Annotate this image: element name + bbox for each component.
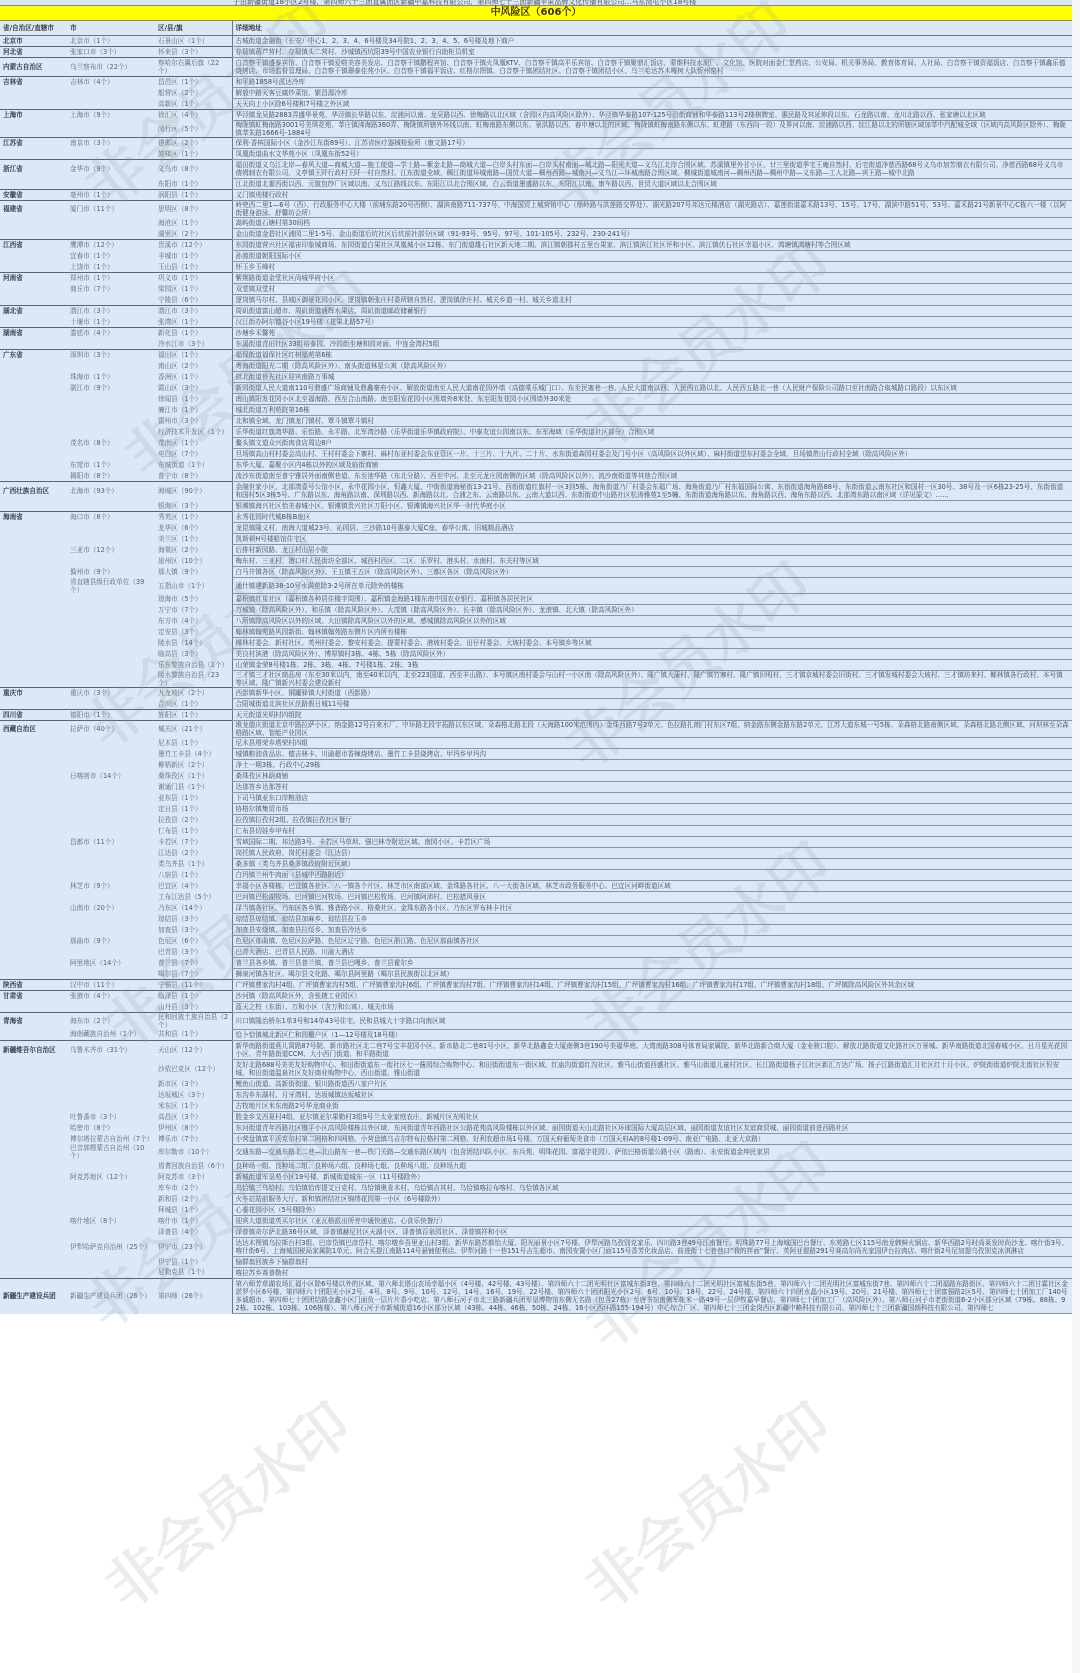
district-cell: 船营区（2个） xyxy=(155,88,232,99)
city-cell xyxy=(67,556,155,567)
district-cell: 银海区（3个） xyxy=(155,501,232,512)
city-cell xyxy=(67,1193,155,1204)
district-cell: 乃东区（14个） xyxy=(155,903,232,914)
district-cell: 五指山市（1个） xyxy=(155,578,232,594)
city-cell: 三亚市（12个） xyxy=(67,545,155,556)
province-cell: 内蒙古自治区 xyxy=(0,58,67,77)
district-cell: 伊宁市（23个） xyxy=(155,1237,232,1256)
province-cell xyxy=(0,1193,67,1204)
province-cell xyxy=(0,1122,67,1133)
city-cell: 海东市（2个） xyxy=(67,1013,155,1030)
table-row: 拜城县（1个）心泰花园小区（5号楼除外） xyxy=(0,1204,1072,1215)
city-cell: 潜江市（3个） xyxy=(67,306,155,317)
province-cell: 湖北省 xyxy=(0,306,67,317)
address-cell: 东溪街道青田社区33组裕泰园、冷园街坐塘和园对面、中连金湾村5组 xyxy=(232,339,1072,350)
address-cell: 解放中路天客豆腐炒菜馆、繁昌源冷库 xyxy=(232,88,1072,99)
province-cell: 福建省 xyxy=(0,201,67,218)
table-row: 定安县（3个）翰林镇翰苑路风园新街、翰林镇翰苑路东侧片区内所有楼栋 xyxy=(0,627,1072,638)
address-cell: 达达木图镇乌拉斯台村3组、巴彦岱镇巴彦岱村、喀尔墩乡吾里亚山村3组、新华东路苏都… xyxy=(232,1237,1072,1256)
city-cell xyxy=(67,1059,155,1078)
district-cell: 焉耆回族自治县（6个） xyxy=(155,1160,232,1171)
table-row: 类乌齐县（1个）桑多镇（类乌齐县桑多镇政府附近区域） xyxy=(0,859,1072,870)
province-cell xyxy=(0,405,67,416)
district-cell: 东城街道（1个） xyxy=(155,460,232,471)
table-row: 泽普县（4个）泽普镇奇尔萨北路36号区域、泽普镇赫尼社区天湖小区、泽普镇百泉园社… xyxy=(0,1226,1072,1237)
province-cell xyxy=(0,449,67,460)
province-cell xyxy=(0,578,67,594)
city-cell: 十堰市（1个） xyxy=(67,317,155,328)
table-row: 阿里地区（14个）普兰县（7个）普兰县各乡镇、普兰县普兰镇、普兰县巴嘎乡、普兰县… xyxy=(0,958,1072,969)
district-cell: 仁布县（1个） xyxy=(155,826,232,837)
province-cell xyxy=(0,1059,67,1078)
address-cell: 后排村新园路、龙江村山居小院 xyxy=(232,545,1072,556)
city-cell xyxy=(67,870,155,881)
city-cell xyxy=(67,1256,155,1267)
table-row: 哈密市（8个）伊州区（8个）东河街道青年西路社区康平小区高风险楼栋以外区域、东河… xyxy=(0,1122,1072,1133)
city-cell: 拉萨市（40个） xyxy=(67,721,155,738)
district-cell: 福田区（1个） xyxy=(155,350,232,361)
address-cell: 岗托镇人民政府、岗托村委会（江达县） xyxy=(232,848,1072,859)
province-cell: 新疆生产建设兵团 xyxy=(0,1278,67,1313)
table-row: 湛江市（9个）霞山区（3个）新园街道人民大道南110号鼎盛广场商铺及鼎鑫豪府小区… xyxy=(0,383,1072,394)
province-cell xyxy=(0,660,67,671)
province-cell xyxy=(0,394,67,405)
table-row: 江苏省南京市（3个）建邺区（2个）保利·香槟国际小区（金沙江东街89号）、江苏省… xyxy=(0,138,1072,149)
city-cell xyxy=(67,416,155,427)
table-row: 博尔塔拉蒙古自治州（7个）博乐市（7个）小营盘镇富平沃克尔村第二网格和四网格、小… xyxy=(0,1133,1072,1144)
province-cell xyxy=(0,317,67,328)
address-cell: 嘉积镇红星社区（嘉积镇各种居住楼宇周围）、嘉积镇金海路1楼东南中国农业银行、嘉积… xyxy=(232,594,1072,605)
address-cell: 仁布县切娃乡甲布村 xyxy=(232,826,1072,837)
table-row: 巴青县（3个）巴青大酒店、巴青县人民路、川渝大酒店 xyxy=(0,947,1072,958)
address-cell: 交通东路—交通东路北二巷—北山路东一巷—铁门关路—交通东路区域内（包含团结四队小… xyxy=(232,1144,1072,1160)
address-cell: 嵩屿街道石塘村第30间档 xyxy=(232,218,1072,229)
address-cell: 岭兜西二里1—6号（西）、行政服务中心大楼（前埔东路20号西侧）、湖滨南路711… xyxy=(232,201,1072,218)
address-cell: 存瑞镇蒋芦营村、存瑞镇头二营村、沙城镇西坑阳39号中国农业银行自助柜员机室 xyxy=(232,47,1072,58)
table-row: 琼海市（5个）嘉积镇红星社区（嘉积镇各种居住楼宇周围）、嘉积镇金海路1楼东南中国… xyxy=(0,594,1072,605)
column-header-district: 区/县/旗 xyxy=(155,21,232,36)
address-cell: 桑珠孜区林荫商铺 xyxy=(232,771,1072,782)
district-cell: 临泽县（1个） xyxy=(155,991,232,1002)
district-cell: 茂南区（1个） xyxy=(155,438,232,449)
city-cell: 那曲市（9个） xyxy=(67,936,155,947)
table-row: 定日县（1个）协格尔镇集贸市场 xyxy=(0,804,1072,815)
table-row: 吐鲁番市（3个）高昌区（3个）胜金乡艾西夏村4组、亚尔镇亚尔果勒村3组9号兰太业… xyxy=(0,1111,1072,1122)
province-cell xyxy=(0,471,67,482)
address-cell: 良种场一组、良种场二组、良种场六组、良种场七组、良种场八组、良种场九组 xyxy=(232,1160,1072,1171)
district-cell: 涡阳县（1个） xyxy=(155,190,232,201)
table-row: 广西壮族自治区北海市（93个）海城区（90个）金融世家小区、北部湾壹号公馆小区、… xyxy=(0,482,1072,501)
address-cell: 通什镇建新路38-10号水满苑除3-2号所在单元除外的楼栋 xyxy=(232,578,1072,594)
district-cell: 高新区（1个） xyxy=(155,99,232,110)
table-row: 浙江省金华市（9个）义乌市（8个）福田街道义乌江北岸—春风大道—商城大道—施工便… xyxy=(0,160,1072,179)
city-cell: 北京市（1个） xyxy=(67,36,155,47)
province-cell xyxy=(0,1204,67,1215)
district-cell: 工布江达县（5个） xyxy=(155,892,232,903)
district-cell: 民和回族土族自治县（2个） xyxy=(155,1013,232,1030)
province-cell xyxy=(0,1215,67,1226)
district-cell: 尼木县（1个） xyxy=(155,738,232,749)
table-row: 东阳市（1个）江北街道北霍西街以西、元航包纱厂区域以南、义乌江路线以东、东阳江以… xyxy=(0,179,1072,190)
province-cell xyxy=(0,958,67,969)
address-cell: 山荣镇金荣8号楼1栋、2栋、3栋、4栋、7号楼1栋、2栋、3栋 xyxy=(232,660,1072,671)
district-cell: 达坂城区（3个） xyxy=(155,1089,232,1100)
city-cell: 巴音郭楞蒙古自治州（10个） xyxy=(67,1144,155,1160)
city-cell: 重庆市（3个） xyxy=(67,688,155,699)
district-cell: 巴宜区（4个） xyxy=(155,881,232,892)
table-row: 电白区（7个）旦场镇高山村村委会高山村、王村村委会下寨村、麻村东亚村委会东亚管区… xyxy=(0,449,1072,460)
district-cell: 临高县（3个） xyxy=(155,649,232,660)
district-cell: 博乐市（7个） xyxy=(155,1133,232,1144)
risk-area-table: 省/自治区/直辖市 市 区/县/旗 详细地址 北京市北京市（1个）石景山区（1个… xyxy=(0,21,1072,1314)
table-row: 宁陵县（6个）逻岗镇马尔村、县城区御景花园小区、逻岗镇朝张庄村委所辖自然村、逻岗… xyxy=(0,295,1072,306)
district-cell: 琼海市（5个） xyxy=(155,594,232,605)
table-row: 福建省厦门市（11个）思明区（8个）岭兜西二里1—6号（西）、行政服务中心大楼（… xyxy=(0,201,1072,218)
city-cell: 张掖市（4个） xyxy=(67,991,155,1002)
address-cell: 友好北路688号美美友好购物中心、和田街街道东一街社区七一酱园综合购物中心、和田… xyxy=(232,1059,1072,1078)
district-cell: 海棠区（2个） xyxy=(155,545,232,556)
province-cell: 安徽省 xyxy=(0,190,67,201)
table-row: 尼木县（1个）尼木县塔荣乡塔荣村四组 xyxy=(0,738,1072,749)
address-cell: 古城街道金融街（长安）中心1、2、3、4、6号楼及34号院1、2、3、4、5、6… xyxy=(232,36,1072,47)
city-cell xyxy=(67,793,155,804)
district-cell: 徐闻县（1个） xyxy=(155,394,232,405)
province-cell: 广西壮族自治区 xyxy=(0,482,67,501)
district-cell: 库尔勒市（10个） xyxy=(155,1144,232,1160)
address-cell: 沙塘乡禾馨苑 xyxy=(232,328,1072,339)
district-cell: 南山区（2个） xyxy=(155,361,232,372)
province-cell xyxy=(0,251,67,262)
address-cell: 城北街道万利苑院第16栋 xyxy=(232,405,1072,416)
city-cell xyxy=(67,649,155,660)
city-cell: 郑州市（1个） xyxy=(67,273,155,284)
province-cell: 浙江省 xyxy=(0,160,67,179)
province-cell xyxy=(0,815,67,826)
city-cell xyxy=(67,361,155,372)
address-cell: 桑多镇（类乌齐县桑多镇政府附近区域） xyxy=(232,859,1072,870)
table-row: 山南市（20个）乃东区（14个）泽当镇各社区、乃东区各乡镇、雅砻路小区、格桑社区… xyxy=(0,903,1072,914)
address-cell: 恰卜恰镇城北新区仁和园棚户区（1—12号楼及18号楼） xyxy=(232,1029,1072,1040)
address-cell: 下司马镇亚东口岸粮油店 xyxy=(232,793,1072,804)
district-cell: 乐东黎族自治县（1个） xyxy=(155,660,232,671)
city-cell xyxy=(67,848,155,859)
city-cell: 博尔塔拉蒙古自治州（7个） xyxy=(67,1133,155,1144)
province-cell: 上海市 xyxy=(0,110,67,121)
city-cell xyxy=(67,671,155,688)
table-row: 东莞市（1个）东城街道（1个）东华大厦、嘉聚小区内4栋以外的区域及临街商铺 xyxy=(0,460,1072,471)
table-row: 陵水黎族自治县（23个）三才镇三才社区商品房（东至30米以内，南至40米以内，北… xyxy=(0,671,1072,688)
province-cell xyxy=(0,760,67,771)
table-row: 谢通门县（1个）达那答乡达那答村 xyxy=(0,782,1072,793)
address-cell: 孙渡街道朝阳国际小区 xyxy=(232,251,1072,262)
city-cell xyxy=(67,616,155,627)
address-cell: 紫荆路街道金堂社区尚城华府小区 xyxy=(232,273,1072,284)
address-cell: 东河街道青年西路社区康平小区高风险楼栋以外区域、东河街道青年西路社区公路花苑高风… xyxy=(232,1122,1072,1133)
address-cell: 北和镇全域、龙门镇龙门镇村、覃斗镇覃斗镇村 xyxy=(232,416,1072,427)
city-cell xyxy=(67,1100,155,1111)
table-row: 新疆维吾尔自治区乌鲁木齐市（31个）天山区（12个）新华南路街道燕儿窝路87号院… xyxy=(0,1040,1072,1059)
address-cell: 福田街道义乌江北岸—春风大道—商城大道—施工便道—学士路—紫金北路—商城大道—白… xyxy=(232,160,1072,179)
table-row: 八宿县（1个）白玛镇兰州牛肉面（县城中西路附近） xyxy=(0,870,1072,881)
table-row: 昌都市（11个）卡若区（7个）雪域国际二期、邦达路3号、卡若区马草坝、强巴林寺附… xyxy=(0,837,1072,848)
address-cell: 怀玉乡玉峰村 xyxy=(232,262,1072,273)
province-cell xyxy=(0,605,67,616)
province-cell xyxy=(0,671,67,688)
province-cell xyxy=(0,372,67,383)
district-cell: 色尼区（6个） xyxy=(155,936,232,947)
address-cell: 三才镇三才社区商品房（东至30米以内，南至40米以内，北至223国道、西至丰山路… xyxy=(232,671,1072,688)
city-cell xyxy=(67,1089,155,1100)
district-cell: 海城区（90个） xyxy=(155,482,232,501)
city-cell xyxy=(67,99,155,110)
table-row: 吉林省吉林市（4个）昌邑区（1个）和平路1858号派达冷库 xyxy=(0,77,1072,88)
table-row: 海南省海口市（8个）秀英区（1个）永秀花园时代城B栋B座区 xyxy=(0,512,1072,523)
district-cell: 九龙坡区（2个） xyxy=(155,688,232,699)
province-cell xyxy=(0,1144,67,1160)
district-cell: 冷水江市（3个） xyxy=(155,339,232,350)
district-cell: 万宁市（7个） xyxy=(155,605,232,616)
city-cell xyxy=(67,427,155,438)
table-row: 经济技术开发区（1个）乐华街道红旗湾华路、乐怡路、永平路、北军湾沙路（乐华街道乐… xyxy=(0,427,1072,438)
district-cell: 香洲区（1个） xyxy=(155,372,232,383)
district-cell: 潜江市（3个） xyxy=(155,306,232,317)
province-cell: 湖南省 xyxy=(0,328,67,339)
province-cell xyxy=(0,699,67,710)
table-header: 省/自治区/直辖市 市 区/县/旗 详细地址 xyxy=(0,21,1072,36)
province-cell xyxy=(0,501,67,512)
city-cell xyxy=(67,826,155,837)
province-cell: 重庆市 xyxy=(0,688,67,699)
city-cell xyxy=(67,1160,155,1171)
city-cell: 山南市（20个） xyxy=(67,903,155,914)
city-cell xyxy=(67,782,155,793)
table-row: 琼结县（3个）琼结县琼结镇、琼结县加麻乡、琼结县拉玉乡 xyxy=(0,914,1072,925)
address-cell: 新园街道人民大道南110号鼎盛广场商铺及鼎鑫豪府小区、解放街道南至人民大道南花园… xyxy=(232,383,1072,394)
district-cell: 廉江市（1个） xyxy=(155,405,232,416)
province-cell xyxy=(0,567,67,578)
province-cell xyxy=(0,460,67,471)
district-cell: 定日县（1个） xyxy=(155,804,232,815)
province-cell: 广东省 xyxy=(0,350,67,361)
province-cell xyxy=(0,903,67,914)
table-row: 焉耆回族自治县（6个）良种场一组、良种场二组、良种场六组、良种场七组、良种场八组… xyxy=(0,1160,1072,1171)
province-cell xyxy=(0,892,67,903)
column-header-address: 详细地址 xyxy=(232,21,1072,36)
province-cell xyxy=(0,1111,67,1122)
province-cell xyxy=(0,881,67,892)
section-title: 中风险区（606个） xyxy=(0,6,1072,21)
city-cell xyxy=(67,179,155,190)
table-row: 十堰市（1个）张湾区（1个）汉江街办阿尔德谷小区19号楼（花果北路57号） xyxy=(0,317,1072,328)
city-cell: 阿克苏地区（12个） xyxy=(67,1171,155,1182)
city-cell: 海南藏族自治州（1个） xyxy=(67,1029,155,1040)
address-cell: 火车站站前服务大厅、新和镇团结社区锦绣花园第一小区（6号楼除外） xyxy=(232,1193,1072,1204)
table-row: 湖里区（2个）金山街道金碧社区浦园二里1-5号、金山街道后坑社区后坑前社部分区域… xyxy=(0,229,1072,240)
table-row: 新疆生产建设兵团新疆生产建设兵团（26个）第四师（26个）第六师芳草湖农场汇福小… xyxy=(0,1278,1072,1313)
city-cell: 吉林市（4个） xyxy=(67,77,155,88)
district-cell: 加查县（3个） xyxy=(155,925,232,936)
city-cell: 乌兰察布市（22个） xyxy=(67,58,155,77)
address-cell: 东园街道营兴社区福宙印象城商场、东园街道白果社区凤凰城小区12栋、东门街道雄石社… xyxy=(232,240,1072,251)
district-cell: 霞山区（3个） xyxy=(155,383,232,394)
table-row: 茂名市（8个）茂南区（1个）鳌头镇文道众兴街肉食店周边8户 xyxy=(0,438,1072,449)
district-cell: 类乌齐县（1个） xyxy=(155,859,232,870)
table-row: 崖州区（10个）梅东村、三亚村、港口村人民街坊全部区、城西村西区、二区、乐罗村、… xyxy=(0,556,1072,567)
city-cell xyxy=(67,121,155,138)
city-cell xyxy=(67,660,155,671)
table-row: 鼓楼区（1个）凤凰街道曲水文华苑小区（凤凰东街52号） xyxy=(0,149,1072,160)
district-cell: 柳梧新区（2个） xyxy=(155,760,232,771)
table-row: 噶尔县（7个）狮泉河镇各社区、噶尔县文化路、噶尔县阿里路（噶尔县民族街以北区域） xyxy=(0,969,1072,980)
city-cell: 昌都市（11个） xyxy=(67,837,155,848)
table-row: 内蒙古自治区乌兰察布市（22个）察哈尔右翼后旗（22个）白音察干镇盛泰宾馆、白音… xyxy=(0,58,1072,77)
city-cell xyxy=(67,804,155,815)
district-cell: 石景山区（1个） xyxy=(155,36,232,47)
district-cell: 江达县（2个） xyxy=(155,848,232,859)
address-cell: 鳌头镇文道众兴街肉食店周边8户 xyxy=(232,438,1072,449)
district-cell: 那大镇（9个） xyxy=(155,567,232,578)
table-row: 喀什地区（8个）喀什市（1个）迎宾大道街道英买尔社区（亚瓦格派出所旁申通快递店、… xyxy=(0,1215,1072,1226)
address-cell: 福保街道福保社区红树福苑第6栋 xyxy=(232,350,1072,361)
district-cell: 昌邑区（1个） xyxy=(155,77,232,88)
district-cell: 阿克苏市（3个） xyxy=(155,1171,232,1182)
address-cell: 华泾镇龙吴路2883弄盛华景苑、华泾镇长华路以东、淀浦河以南、龙吴路以西、徐梅路… xyxy=(232,110,1072,121)
district-cell: 米东区（1个） xyxy=(155,1100,232,1111)
city-cell: 哈密市（8个） xyxy=(67,1122,155,1133)
city-cell xyxy=(67,892,155,903)
address-cell: 泽普镇奇尔萨北路36号区域、泽普镇赫尼社区天湖小区、泽普镇百泉园社区、泽普镇祥和… xyxy=(232,1226,1072,1237)
address-cell: 梅陇镇虹梅南路3001号美琪花苑、莘庄镇沸海路360弄、梅陇镇所辖外环线以南、虹… xyxy=(232,121,1072,138)
table-row: 伊宁县（1个）愉群翁回族乡下愉群翁村 xyxy=(0,1256,1072,1267)
province-cell xyxy=(0,627,67,638)
province-cell xyxy=(0,545,67,556)
province-cell xyxy=(0,121,67,138)
district-cell: 闵行区（5个） xyxy=(155,121,232,138)
table-row: 河北省张家口市（3个）怀来县（3个）存瑞镇蒋芦营村、存瑞镇头二营村、沙城镇西坑阳… xyxy=(0,47,1072,58)
province-cell xyxy=(0,438,67,449)
province-cell xyxy=(0,1029,67,1040)
city-cell: 儋州市（9个） xyxy=(67,567,155,578)
district-cell: 旌阳区（1个） xyxy=(155,710,232,721)
province-cell: 甘肃省 xyxy=(0,991,67,1002)
column-header-province: 省/自治区/直辖市 xyxy=(0,21,67,36)
city-cell xyxy=(67,815,155,826)
district-cell: 思明区（8个） xyxy=(155,201,232,218)
province-cell xyxy=(0,793,67,804)
table-row: 亚东县（1个）下司马镇亚东口岸粮油店 xyxy=(0,793,1072,804)
address-cell: 金山街道金碧社区浦园二里1-5号、金山街道后坑社区后坑前社部分区域（91-93号… xyxy=(232,229,1072,240)
province-cell: 北京市 xyxy=(0,36,67,47)
city-cell xyxy=(67,699,155,710)
city-cell: 吐鲁番市（3个） xyxy=(67,1111,155,1122)
table-row: 三亚市（12个）海棠区（2个）后排村新园路、龙江村山居小院 xyxy=(0,545,1072,556)
city-cell xyxy=(67,925,155,936)
district-cell: 谢通门县（1个） xyxy=(155,782,232,793)
table-row: 林芝市（9个）巴宜区（4个）幸福小区各楼栋、巴宜镇各社区、八一镇各个片区、林芝市… xyxy=(0,881,1072,892)
province-cell xyxy=(0,771,67,782)
table-row: 甘肃省张掖市（4个）临泽县（1个）沙河镇（除高风险区外，含张掖工业园区） xyxy=(0,991,1072,1002)
address-cell: 加查县安绕镇、加查县拉绥乡、加查县冷达乡 xyxy=(232,925,1072,936)
province-cell xyxy=(0,1182,67,1193)
table-row: 新市区（3个）鲤鱼山街道、高新街街道、银川路街道西八家户片区 xyxy=(0,1078,1072,1089)
table-row: 北京市北京市（1个）石景山区（1个）古城街道金融街（长安）中心1、2、3、4、6… xyxy=(0,36,1072,47)
district-cell: 普宁市（8个） xyxy=(155,471,232,482)
address-cell: 粤海街道阳光二期（除高风险区外）、南头街道林星公寓（除高风险区外） xyxy=(232,361,1072,372)
address-cell: 新华南路街道燕儿窝路87号院、新市路社区北二巷7号宝丰花园小区、新市路北二巷81… xyxy=(232,1040,1072,1059)
table-row: 东方市（4个）八所镇除高风险区以外的区域、大田镇除高风险区以外的区域、感城镇除高… xyxy=(0,616,1072,627)
province-cell: 青海省 xyxy=(0,1013,67,1030)
city-cell: 乌鲁木齐市（31个） xyxy=(67,1040,155,1059)
address-cell: 西彭镇新华小区、铜罐驿镇大村街道（西彭路） xyxy=(232,688,1072,699)
address-cell: 保利·香槟国际小区（金沙江东街89号）、江苏省医疗器械检验所（康文路17号） xyxy=(232,138,1072,149)
district-cell: 普兰县（7个） xyxy=(155,958,232,969)
address-cell: 愉群翁回族乡下愉群翁村 xyxy=(232,1256,1072,1267)
province-cell: 江苏省 xyxy=(0,138,67,149)
province-cell: 四川省 xyxy=(0,710,67,721)
address-cell: 翰林镇翰苑路风园新街、翰林镇翰苑路东侧片区内所有楼栋 xyxy=(232,627,1072,638)
address-cell: 流沙东街道南至普宁雅居外面南侧巷道、东至池华路（东北分路）、西至中河、北至元龙庄… xyxy=(232,471,1072,482)
district-cell: 天山区（12个） xyxy=(155,1040,232,1059)
address-cell: 蓝天之校（东街）、万和小区（含万和公寓）、城关市场 xyxy=(232,1002,1072,1013)
column-header-city: 市 xyxy=(67,21,155,36)
city-cell xyxy=(67,1267,155,1278)
table-row: 河南省郑州市（1个）巩义市（1个）紫荆路街道金堂社区尚城华府小区 xyxy=(0,273,1072,284)
city-cell xyxy=(67,1182,155,1193)
city-cell xyxy=(67,88,155,99)
city-cell xyxy=(67,749,155,760)
district-cell: 城关区（21个） xyxy=(155,721,232,738)
table-row: 上饶市（1个）玉山县（1个）怀玉乡玉峰村 xyxy=(0,262,1072,273)
address-cell: 白玛镇兰州牛肉面（县城中西路附近） xyxy=(232,870,1072,881)
province-cell xyxy=(0,1100,67,1111)
district-cell: 新和县（2个） xyxy=(155,1193,232,1204)
city-cell: 商丘市（7个） xyxy=(67,284,155,295)
table-row: 日喀则市（14个）桑珠孜区（1个）桑珠孜区林荫商铺 xyxy=(0,771,1072,782)
province-cell xyxy=(0,738,67,749)
district-cell: 尼勒克县（1个） xyxy=(155,1267,232,1278)
province-cell xyxy=(0,649,67,660)
district-cell: 龙华区（6个） xyxy=(155,523,232,534)
table-row: 美兰区（1个）凯斯顿H号楼船馆住宅区 xyxy=(0,534,1072,545)
city-cell: 汉中市（11个） xyxy=(67,980,155,991)
city-cell: 新疆生产建设兵团（26个） xyxy=(67,1278,155,1313)
city-cell xyxy=(67,969,155,980)
province-cell xyxy=(0,284,67,295)
city-cell xyxy=(67,760,155,771)
city-cell: 金华市（9个） xyxy=(67,160,155,179)
address-cell: 堆龙德庆街道北京中路拉萨小区、纳金路12号自来水厂、中环路北段宇拓路以东区域、朵… xyxy=(232,721,1072,738)
district-cell: 墨竹工卡县（4个） xyxy=(155,749,232,760)
city-cell: 鹰潭市（12个） xyxy=(67,240,155,251)
address-cell: 东沟乡东湖村、月牙湾村、达坂城镇达坂城社区 xyxy=(232,1089,1072,1100)
province-cell xyxy=(0,149,67,160)
district-cell: 美兰区（1个） xyxy=(155,534,232,545)
address-cell: 凤凰街道曲水文华苑小区（凤凰东街52号） xyxy=(232,149,1072,160)
table-row: 冷水江市（3个）东溪街道青田社区33组裕泰园、冷园街坐塘和园对面、中连金湾村5组 xyxy=(0,339,1072,350)
province-cell xyxy=(0,427,67,438)
city-cell xyxy=(67,1078,155,1089)
table-row: 米东区（1个）古牧地片区米东南路2号华龙商业街 xyxy=(0,1100,1072,1111)
province-cell xyxy=(0,523,67,534)
table-row: 万宁市（7个）万城镇（除高风险区外）、和乐镇（除高风险区外）、大茂镇（除高风险区… xyxy=(0,605,1072,616)
city-cell xyxy=(67,627,155,638)
province-cell xyxy=(0,848,67,859)
province-cell xyxy=(0,295,67,306)
city-cell xyxy=(67,1226,155,1237)
province-cell xyxy=(0,837,67,848)
district-cell: 共和县（1个） xyxy=(155,1029,232,1040)
district-cell: 第四师（26个） xyxy=(155,1278,232,1313)
